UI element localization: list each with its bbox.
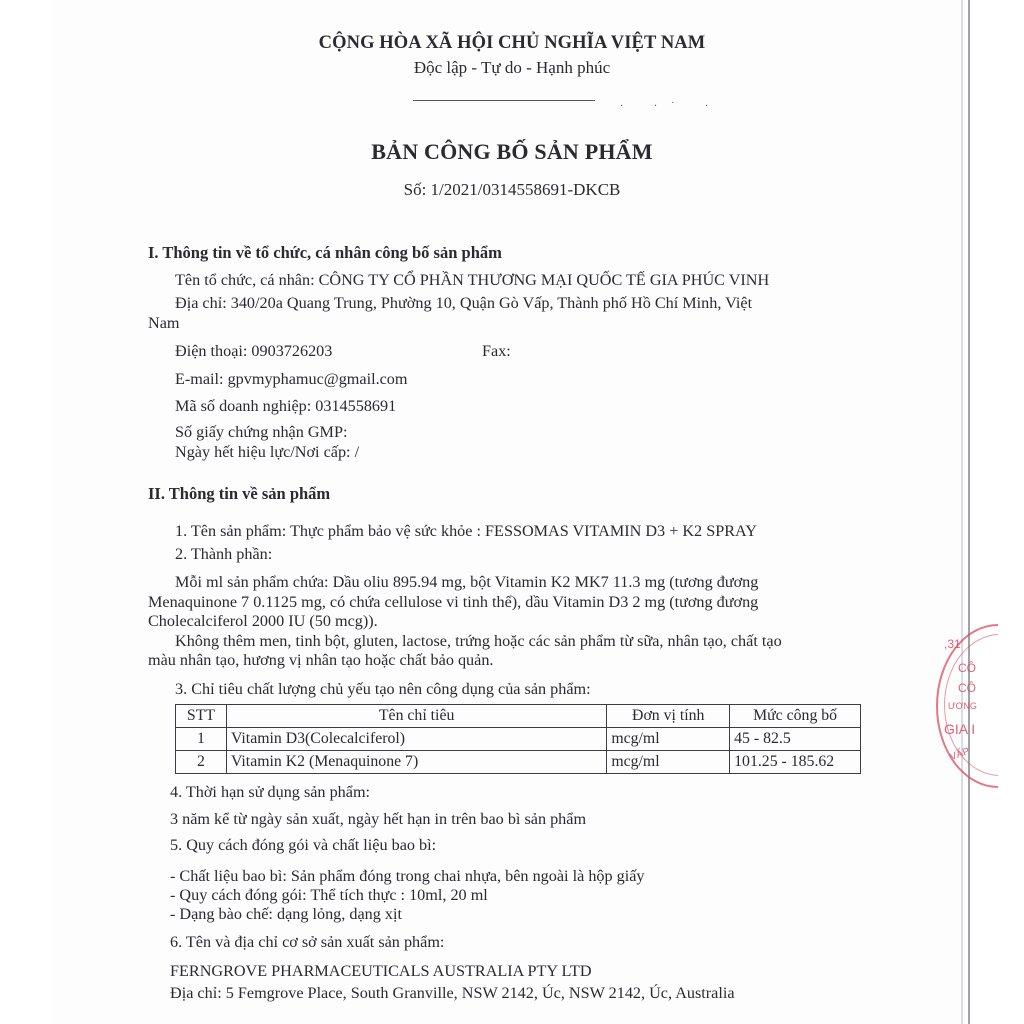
org-email: E-mail: gpvmyphamuc@gmail.com	[175, 370, 408, 389]
ingredients-line: Mỗi ml sản phẩm chứa: Dầu oliu 895.94 mg…	[175, 573, 758, 592]
quality-table: STT Tên chỉ tiêu Đơn vị tính Mức công bố…	[175, 704, 861, 774]
table-header-row: STT Tên chỉ tiêu Đơn vị tính Mức công bố	[176, 705, 861, 728]
cell-unit: mcg/ml	[607, 728, 730, 751]
col-header-value: Mức công bố	[730, 705, 861, 728]
business-code: Mã số doanh nghiệp: 0314558691	[175, 397, 396, 416]
packaging-line: - Chất liệu bao bì: Sản phẩm đóng trong …	[170, 867, 645, 886]
manufacturer-name: FERNGROVE PHARMACEUTICALS AUSTRALIA PTY …	[170, 962, 592, 981]
org-fax: Fax:	[482, 342, 511, 361]
table-row: 2 Vitamin K2 (Menaquinone 7) mcg/ml 101.…	[176, 751, 861, 774]
national-motto: Độc lập - Tự do - Hạnh phúc	[0, 58, 1024, 78]
manufacturer-label: 6. Tên và địa chỉ cơ sở sản xuất sản phẩ…	[170, 933, 444, 952]
header-divider	[413, 100, 595, 101]
national-title: CỘNG HÒA XÃ HỘI CHỦ NGHĨA VIỆT NAM	[0, 33, 1024, 54]
org-phone: Điện thoại: 0903726203	[175, 342, 332, 361]
cell-stt: 2	[176, 751, 227, 774]
company-stamp: ,31 CÔ CÔ ƯƠNG GIA I VẤP	[928, 622, 998, 792]
table-row: 1 Vitamin D3(Colecalciferol) mcg/ml 45 -…	[176, 728, 861, 751]
cell-unit: mcg/ml	[607, 751, 730, 774]
stamp-text: CÔ	[958, 662, 976, 674]
org-address-line-2: Nam	[148, 314, 179, 333]
section-1-heading: I. Thông tin về tổ chức, cá nhân công bố…	[148, 243, 502, 263]
document-title: BẢN CÔNG BỐ SẢN PHẨM	[0, 139, 1024, 165]
shelf-life-label: 4. Thời hạn sử dụng sản phẩm:	[170, 783, 370, 802]
cell-value: 45 - 82.5	[730, 728, 861, 751]
cell-value: 101.25 - 185.62	[730, 751, 861, 774]
exclusions-line: Không thêm men, tinh bột, gluten, lactos…	[175, 632, 782, 651]
packaging-line: - Quy cách đóng gói: Thể tích thực : 10m…	[170, 886, 488, 905]
col-header-stt: STT	[176, 705, 227, 728]
stamp-text: CÔ	[958, 682, 976, 694]
product-name: 1. Tên sản phẩm: Thực phẩm bảo vệ sức kh…	[175, 522, 757, 541]
gmp-certificate: Số giấy chứng nhận GMP:	[175, 423, 347, 442]
org-name: Tên tổ chức, cá nhân: CÔNG TY CỔ PHẦN TH…	[175, 271, 769, 290]
cell-stt: 1	[176, 728, 227, 751]
stamp-text: ,31	[944, 638, 961, 650]
cell-name: Vitamin K2 (Menaquinone 7)	[226, 751, 606, 774]
col-header-name: Tên chỉ tiêu	[226, 705, 606, 728]
packaging-label: 5. Quy cách đóng gói và chất liệu bao bì…	[170, 836, 436, 855]
manufacturer-address: Địa chỉ: 5 Femgrove Place, South Granvil…	[170, 984, 735, 1003]
expiry-issuer: Ngày hết hiệu lực/Nơi cấp: /	[175, 443, 359, 462]
document-number: Số: 1/2021/0314558691-DKCB	[0, 180, 1024, 200]
cell-name: Vitamin D3(Colecalciferol)	[226, 728, 606, 751]
section-2-heading: II. Thông tin về sản phẩm	[148, 484, 330, 504]
scan-specks: · ·˙ ·	[620, 101, 722, 112]
ingredients-line: Cholecalciferol 2000 IU (50 mcg)).	[148, 612, 378, 631]
quality-label: 3. Chỉ tiêu chất lượng chủ yếu tạo nên c…	[175, 680, 591, 699]
col-header-unit: Đơn vị tính	[607, 705, 730, 728]
ingredients-label: 2. Thành phần:	[175, 545, 272, 564]
exclusions-line: màu nhân tạo, hương vị nhân tạo hoặc chấ…	[148, 651, 493, 670]
shelf-life: 3 năm kể từ ngày sản xuất, ngày hết hạn …	[170, 810, 586, 829]
ingredients-line: Menaquinone 7 0.1125 mg, có chứa cellulo…	[148, 593, 758, 612]
stamp-text: ƯƠNG	[948, 702, 977, 711]
stamp-text: GIA I	[944, 722, 975, 736]
packaging-line: - Dạng bào chế: dạng lỏng, dạng xịt	[170, 905, 402, 924]
org-address-line-1: Địa chỉ: 340/20a Quang Trung, Phường 10,…	[175, 294, 752, 313]
